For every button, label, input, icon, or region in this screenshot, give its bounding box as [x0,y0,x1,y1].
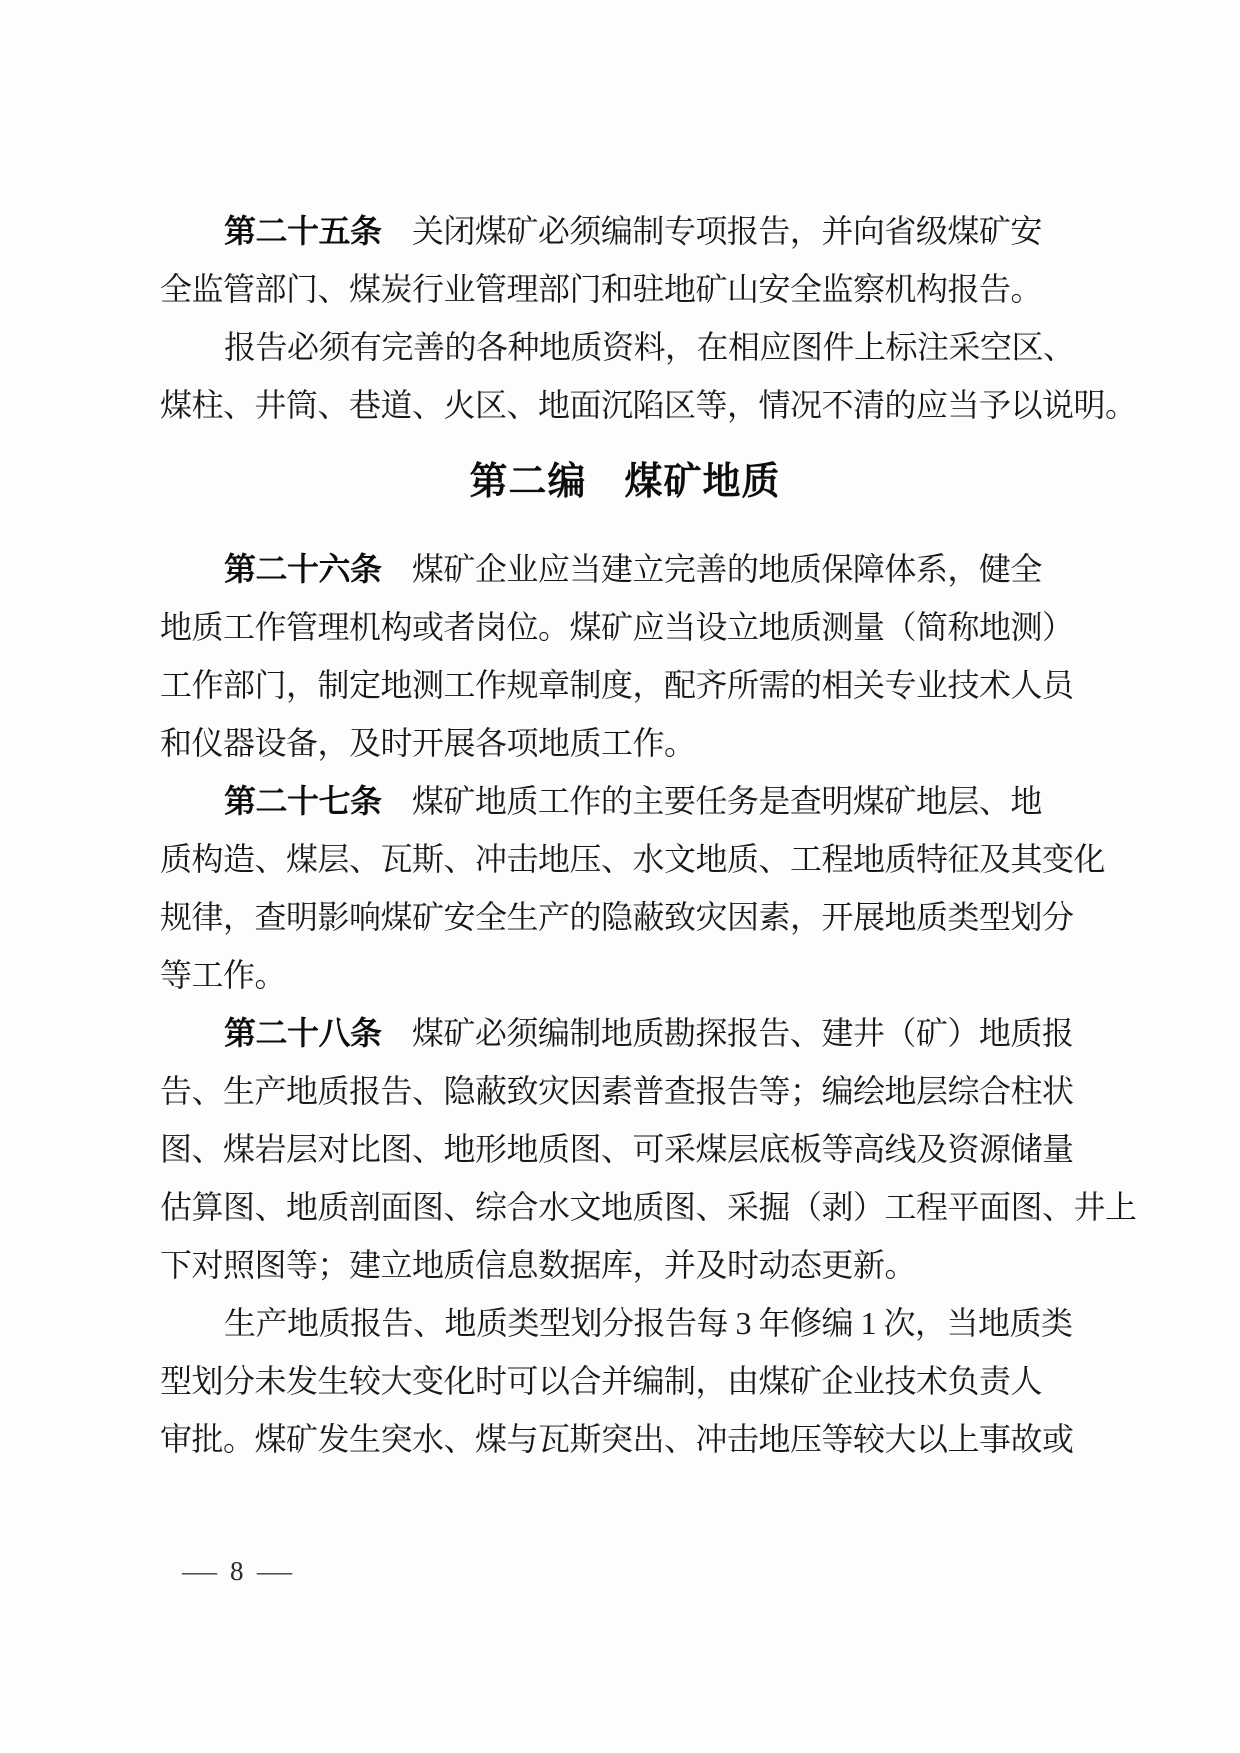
text-line: 第二十五条关闭煤矿必须编制专项报告，并向省级煤矿安 [160,202,1090,260]
text-line: 估算图、地质剖面图、综合水文地质图、采掘（剥）工程平面图、井上 [160,1178,1090,1236]
part-heading: 第二编煤矿地质 [160,456,1090,508]
text-line: 地质工作管理机构或者岗位。煤矿应当设立地质测量（简称地测） [160,598,1090,656]
footer-dash-left: — [182,1556,217,1587]
document-page: 第二十五条关闭煤矿必须编制专项报告，并向省级煤矿安 全监管部门、煤炭行业管理部门… [0,0,1240,1753]
footer-dash-right: — [256,1556,291,1587]
text-line: 全监管部门、煤炭行业管理部门和驻地矿山安全监察机构报告。 [160,260,1090,318]
line-text: 图、煤岩层对比图、地形地质图、可采煤层底板等高线及资源储量 [160,1131,1074,1167]
text-line: 等工作。 [160,946,1090,1004]
line-text: 审批。煤矿发生突水、煤与瓦斯突出、冲击地压等较大以上事故或 [160,1421,1074,1457]
line-text: 质构造、煤层、瓦斯、冲击地压、水文地质、工程地质特征及其变化 [160,841,1105,877]
section-articles-26-to-28: 第二十六条煤矿企业应当建立完善的地质保障体系，健全 地质工作管理机构或者岗位。煤… [160,540,1090,1468]
line-text: 工作部门，制定地测工作规章制度，配齐所需的相关专业技术人员 [160,667,1074,703]
text-line: 生产地质报告、地质类型划分报告每 3 年修编 1 次，当地质类 [160,1294,1090,1352]
line-text: 生产地质报告、地质类型划分报告每 3 年修编 1 次，当地质类 [224,1305,1073,1341]
text-line: 第二十八条煤矿必须编制地质勘探报告、建井（矿）地质报 [160,1004,1090,1062]
line-text: 等工作。 [160,957,286,993]
part-title: 煤矿地质 [625,461,781,503]
text-line: 型划分未发生较大变化时可以合并编制，由煤矿企业技术负责人 [160,1352,1090,1410]
line-text: 关闭煤矿必须编制专项报告，并向省级煤矿安 [412,213,1042,249]
text-line: 第二十六条煤矿企业应当建立完善的地质保障体系，健全 [160,540,1090,598]
line-text: 煤矿必须编制地质勘探报告、建井（矿）地质报 [412,1015,1074,1051]
page-number: 8 [230,1556,244,1587]
section-article-25: 第二十五条关闭煤矿必须编制专项报告，并向省级煤矿安 全监管部门、煤炭行业管理部门… [160,202,1090,434]
text-line: 报告必须有完善的各种地质资料，在相应图件上标注采空区、 [160,318,1090,376]
text-line: 下对照图等；建立地质信息数据库，并及时动态更新。 [160,1236,1090,1294]
part-number: 第二编 [469,461,586,503]
text-line: 第二十七条煤矿地质工作的主要任务是查明煤矿地层、地 [160,772,1090,830]
line-text: 规律，查明影响煤矿安全生产的隐蔽致灾因素，开展地质类型划分 [160,899,1074,935]
line-text: 告、生产地质报告、隐蔽致灾因素普查报告等；编绘地层综合柱状 [160,1073,1074,1109]
line-text: 地质工作管理机构或者岗位。煤矿应当设立地质测量（简称地测） [160,609,1074,645]
line-text: 煤矿地质工作的主要任务是查明煤矿地层、地 [412,783,1042,819]
text-line: 规律，查明影响煤矿安全生产的隐蔽致灾因素，开展地质类型划分 [160,888,1090,946]
line-text: 和仪器设备，及时开展各项地质工作。 [160,725,696,761]
text-line: 质构造、煤层、瓦斯、冲击地压、水文地质、工程地质特征及其变化 [160,830,1090,888]
line-text: 全监管部门、煤炭行业管理部门和驻地矿山安全监察机构报告。 [160,271,1042,307]
line-text: 煤矿企业应当建立完善的地质保障体系，健全 [412,551,1042,587]
line-text: 煤柱、井筒、巷道、火区、地面沉陷区等，情况不清的应当予以说明。 [160,387,1137,423]
line-text: 下对照图等；建立地质信息数据库，并及时动态更新。 [160,1247,916,1283]
page-footer: — 8 — [186,1556,288,1587]
article-number-label: 第二十五条 [224,213,382,249]
article-number-label: 第二十六条 [224,551,382,587]
text-line: 图、煤岩层对比图、地形地质图、可采煤层底板等高线及资源储量 [160,1120,1090,1178]
line-text: 估算图、地质剖面图、综合水文地质图、采掘（剥）工程平面图、井上 [160,1189,1137,1225]
text-line: 工作部门，制定地测工作规章制度，配齐所需的相关专业技术人员 [160,656,1090,714]
article-number-label: 第二十八条 [224,1015,382,1051]
text-line: 告、生产地质报告、隐蔽致灾因素普查报告等；编绘地层综合柱状 [160,1062,1090,1120]
line-text: 报告必须有完善的各种地质资料，在相应图件上标注采空区、 [224,329,1075,365]
article-number-label: 第二十七条 [224,783,382,819]
text-line: 煤柱、井筒、巷道、火区、地面沉陷区等，情况不清的应当予以说明。 [160,376,1090,434]
text-line: 和仪器设备，及时开展各项地质工作。 [160,714,1090,772]
line-text: 型划分未发生较大变化时可以合并编制，由煤矿企业技术负责人 [160,1363,1042,1399]
text-line: 审批。煤矿发生突水、煤与瓦斯突出、冲击地压等较大以上事故或 [160,1410,1090,1468]
